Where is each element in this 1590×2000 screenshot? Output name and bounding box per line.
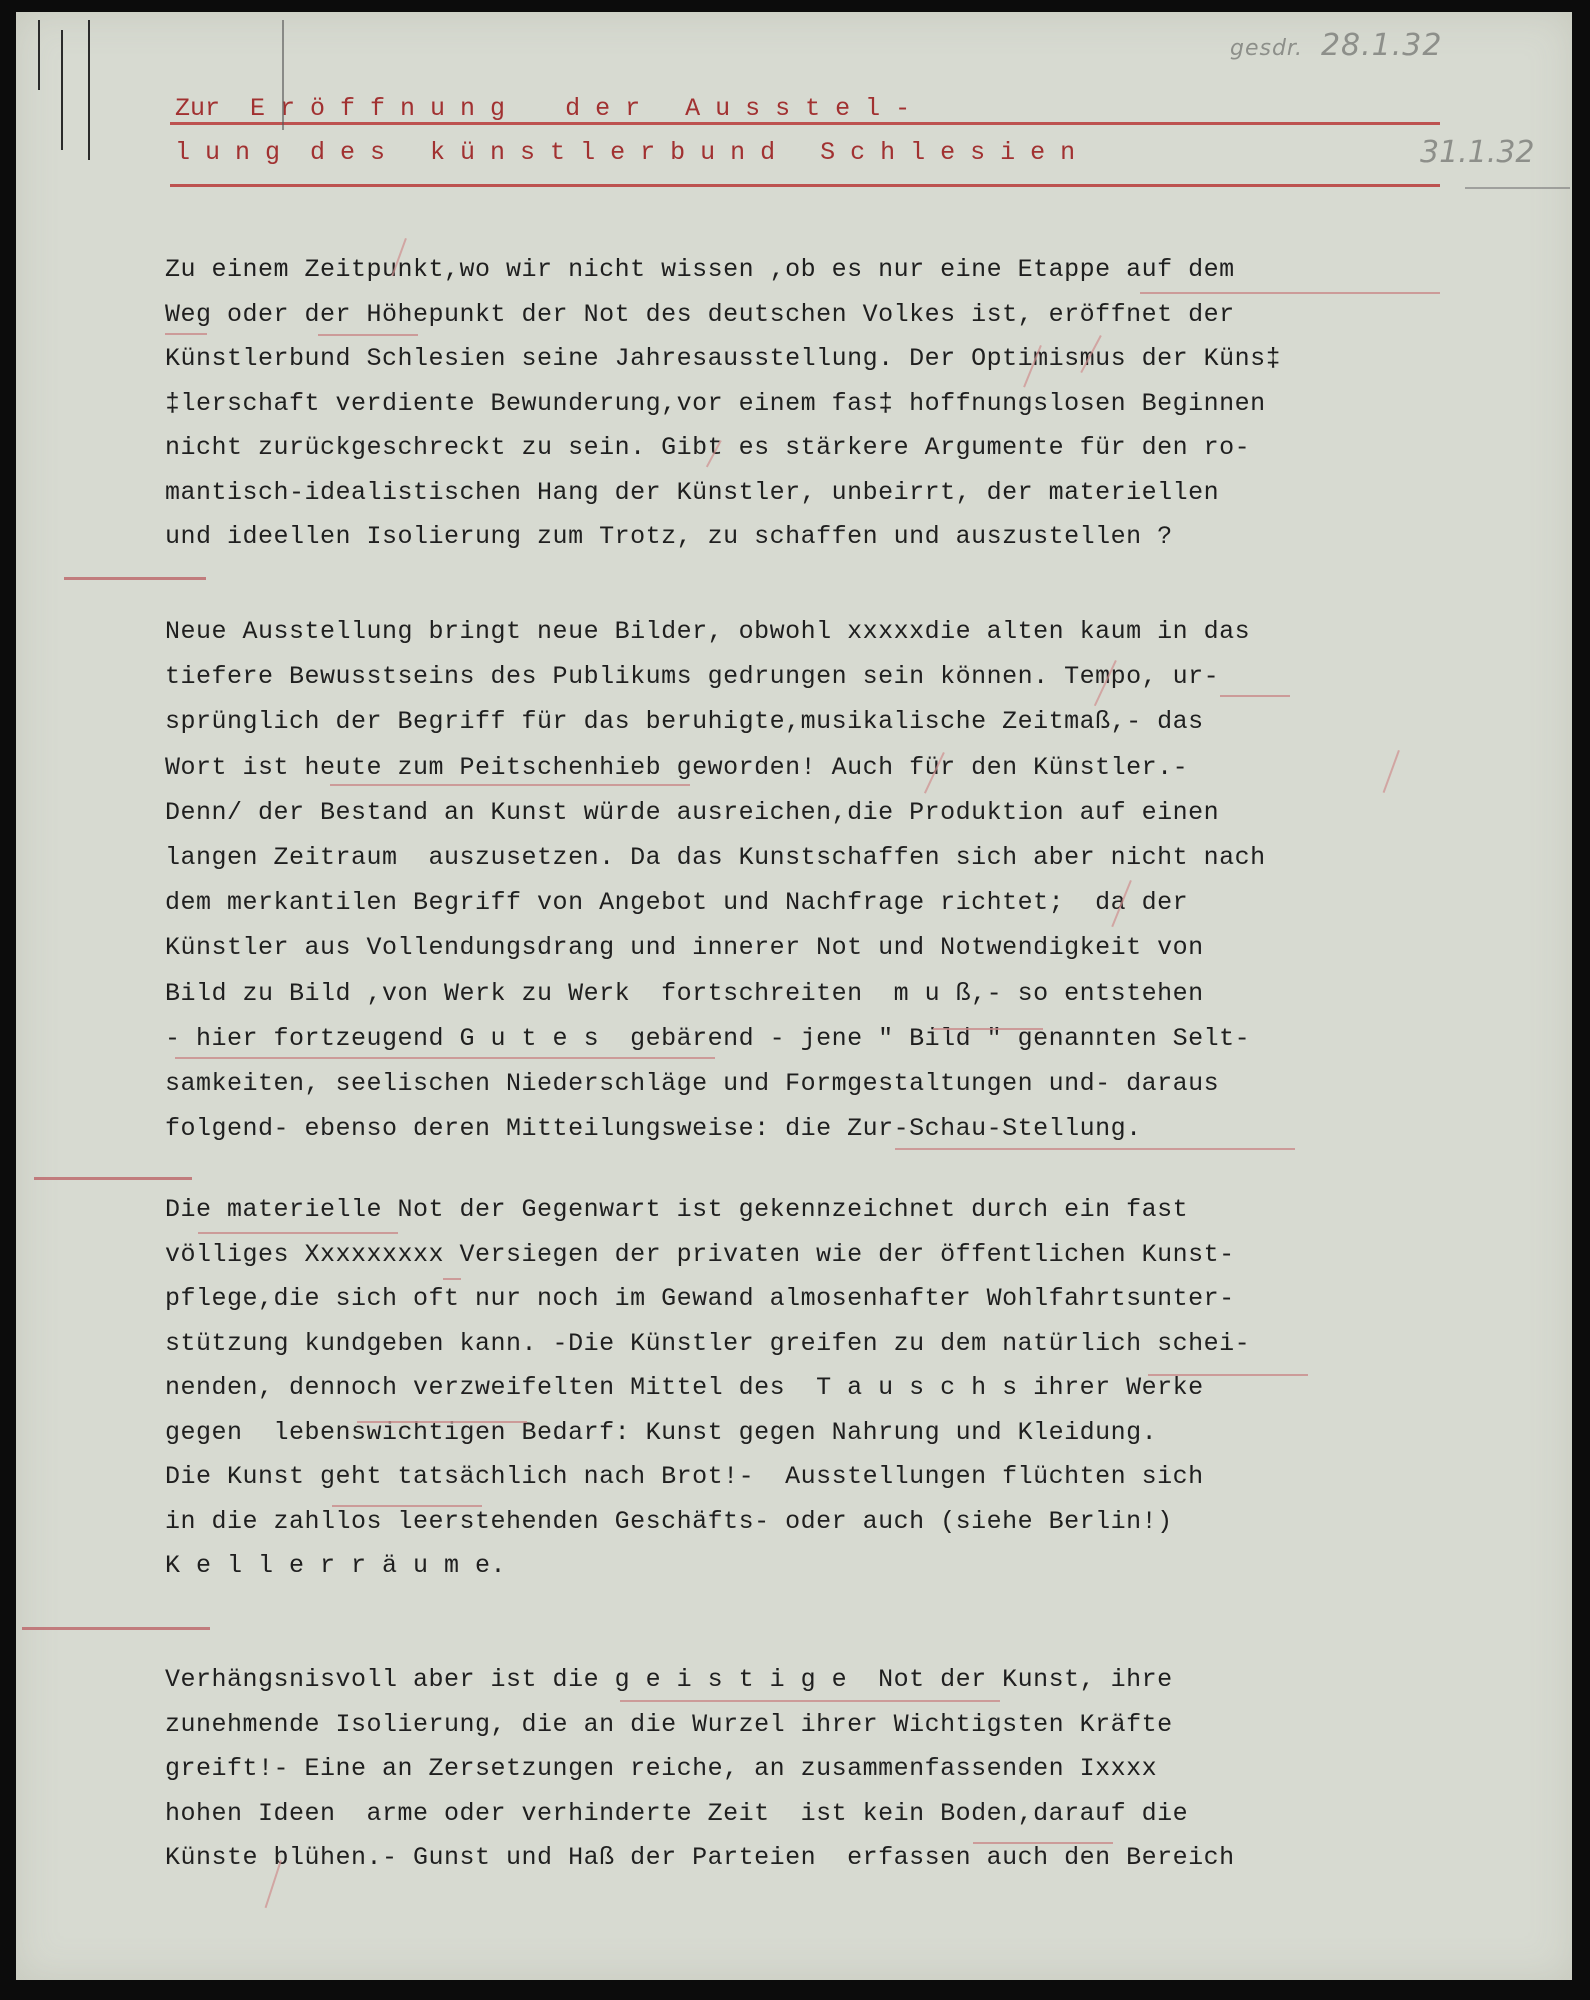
text-line: K e l l e r r ä u m e. (165, 1551, 506, 1580)
text-line: nenden, dennoch verzweifelten Mittel des… (165, 1373, 1204, 1402)
paragraph-margin-mark (64, 577, 206, 580)
text-line: pflege,die sich oft nur noch im Gewand a… (165, 1284, 1235, 1313)
underline-hoehepunkt (318, 334, 418, 336)
text-line: Neue Ausstellung bringt neue Bilder, obw… (165, 617, 1250, 646)
received-date-annotation: gesdr.28.1.32 (1230, 28, 1442, 63)
title-underline-2 (170, 184, 1440, 187)
underline-muss (933, 1028, 1043, 1030)
underline-versiegen (443, 1278, 461, 1280)
underline-kein-boden (973, 1842, 1113, 1844)
text-line: Künstler aus Vollendungsdrang und innere… (165, 933, 1204, 962)
text-line: Wort ist heute zum Peitschenhieb geworde… (165, 753, 1188, 782)
text-line: tiefere Bewusstseins des Publikums gedru… (165, 662, 1219, 691)
text-line: zunehmende Isolierung, die an die Wurzel… (165, 1710, 1173, 1739)
text-line: Die Kunst geht tatsächlich nach Brot!- A… (165, 1462, 1204, 1491)
text-line: langen Zeitraum auszusetzen. Da das Kuns… (165, 843, 1266, 872)
title-pencil-divider (282, 20, 284, 130)
text-line: sprünglich der Begriff für das beruhigte… (165, 707, 1204, 736)
text-line: in die zahllos leerstehenden Geschäfts- … (165, 1507, 1173, 1536)
underline-tempo (1220, 695, 1290, 697)
text-line: Zu einem Zeitpunkt,wo wir nicht wissen ,… (165, 255, 1235, 284)
side-date-annotation: 31.1.32 (1420, 135, 1535, 170)
document-title-line-1: Zur E r ö f f n u n g d e r A u s s t e … (175, 94, 910, 123)
underline-tatsaechlich (332, 1505, 482, 1507)
text-line: folgend- ebenso deren Mitteilungsweise: … (165, 1114, 1142, 1143)
title-underline-1 (170, 122, 1440, 125)
underline-materielle-not (198, 1232, 398, 1234)
text-line: Weg oder der Höhepunkt der Not des deuts… (165, 300, 1235, 329)
text-line: - hier fortzeugend G u t e s gebärend - … (165, 1024, 1250, 1053)
received-signature: gesdr. (1230, 36, 1303, 61)
side-date-rule (1465, 187, 1570, 189)
text-line: völliges Xxxxxxxxx Versiegen der private… (165, 1240, 1235, 1269)
text-line: mantisch-idealistischen Hang der Künstle… (165, 478, 1219, 507)
text-line: Die materielle Not der Gegenwart ist gek… (165, 1195, 1188, 1224)
paragraph-margin-mark (22, 1627, 210, 1630)
underline-geistige (620, 1700, 1000, 1702)
text-line: Bild zu Bild ,von Werk zu Werk fortschre… (165, 979, 1204, 1008)
underline-etappe (1140, 292, 1440, 294)
underline-zur-schau (895, 1148, 1295, 1150)
underline-peitschenhieb (330, 784, 690, 786)
text-line: gegen lebenswichtigen Bedarf: Kunst gege… (165, 1418, 1157, 1447)
text-line: samkeiten, seelischen Niederschläge und … (165, 1069, 1219, 1098)
text-line: nicht zurückgeschreckt zu sein. Gibt es … (165, 433, 1250, 462)
text-line: Verhängsnisvoll aber ist die g e i s t i… (165, 1665, 1173, 1694)
text-line: und ideellen Isolierung zum Trotz, zu sc… (165, 522, 1173, 551)
underline-fortzeugend (175, 1057, 715, 1059)
document-title-line-2: l u n g d e s k ü n s t l e r b u n d S … (175, 138, 1075, 167)
margin-bracket-mark (55, 30, 63, 150)
underline-weg (165, 333, 207, 335)
text-line: Künste blühen.- Gunst und Haß der Partei… (165, 1843, 1235, 1872)
text-line: hohen Ideen arme oder verhinderte Zeit i… (165, 1799, 1188, 1828)
margin-bracket-mark (78, 20, 90, 160)
margin-bracket-mark (30, 20, 40, 90)
text-line: greift!- Eine an Zersetzungen reiche, an… (165, 1754, 1157, 1783)
paragraph-margin-mark (34, 1177, 192, 1180)
text-line: Künstlerbund Schlesien seine Jahresausst… (165, 344, 1281, 373)
text-line: dem merkantilen Begriff von Angebot und … (165, 888, 1188, 917)
text-line: Denn/ der Bestand an Kunst würde ausreic… (165, 798, 1219, 827)
received-date: 28.1.32 (1321, 28, 1443, 63)
underline-natuerlich (1148, 1374, 1308, 1376)
underline-verzweifelten (357, 1421, 527, 1423)
text-line: ‡lerschaft verdiente Bewunderung,vor ein… (165, 389, 1266, 418)
text-line: stützung kundgeben kann. -Die Künstler g… (165, 1329, 1250, 1358)
